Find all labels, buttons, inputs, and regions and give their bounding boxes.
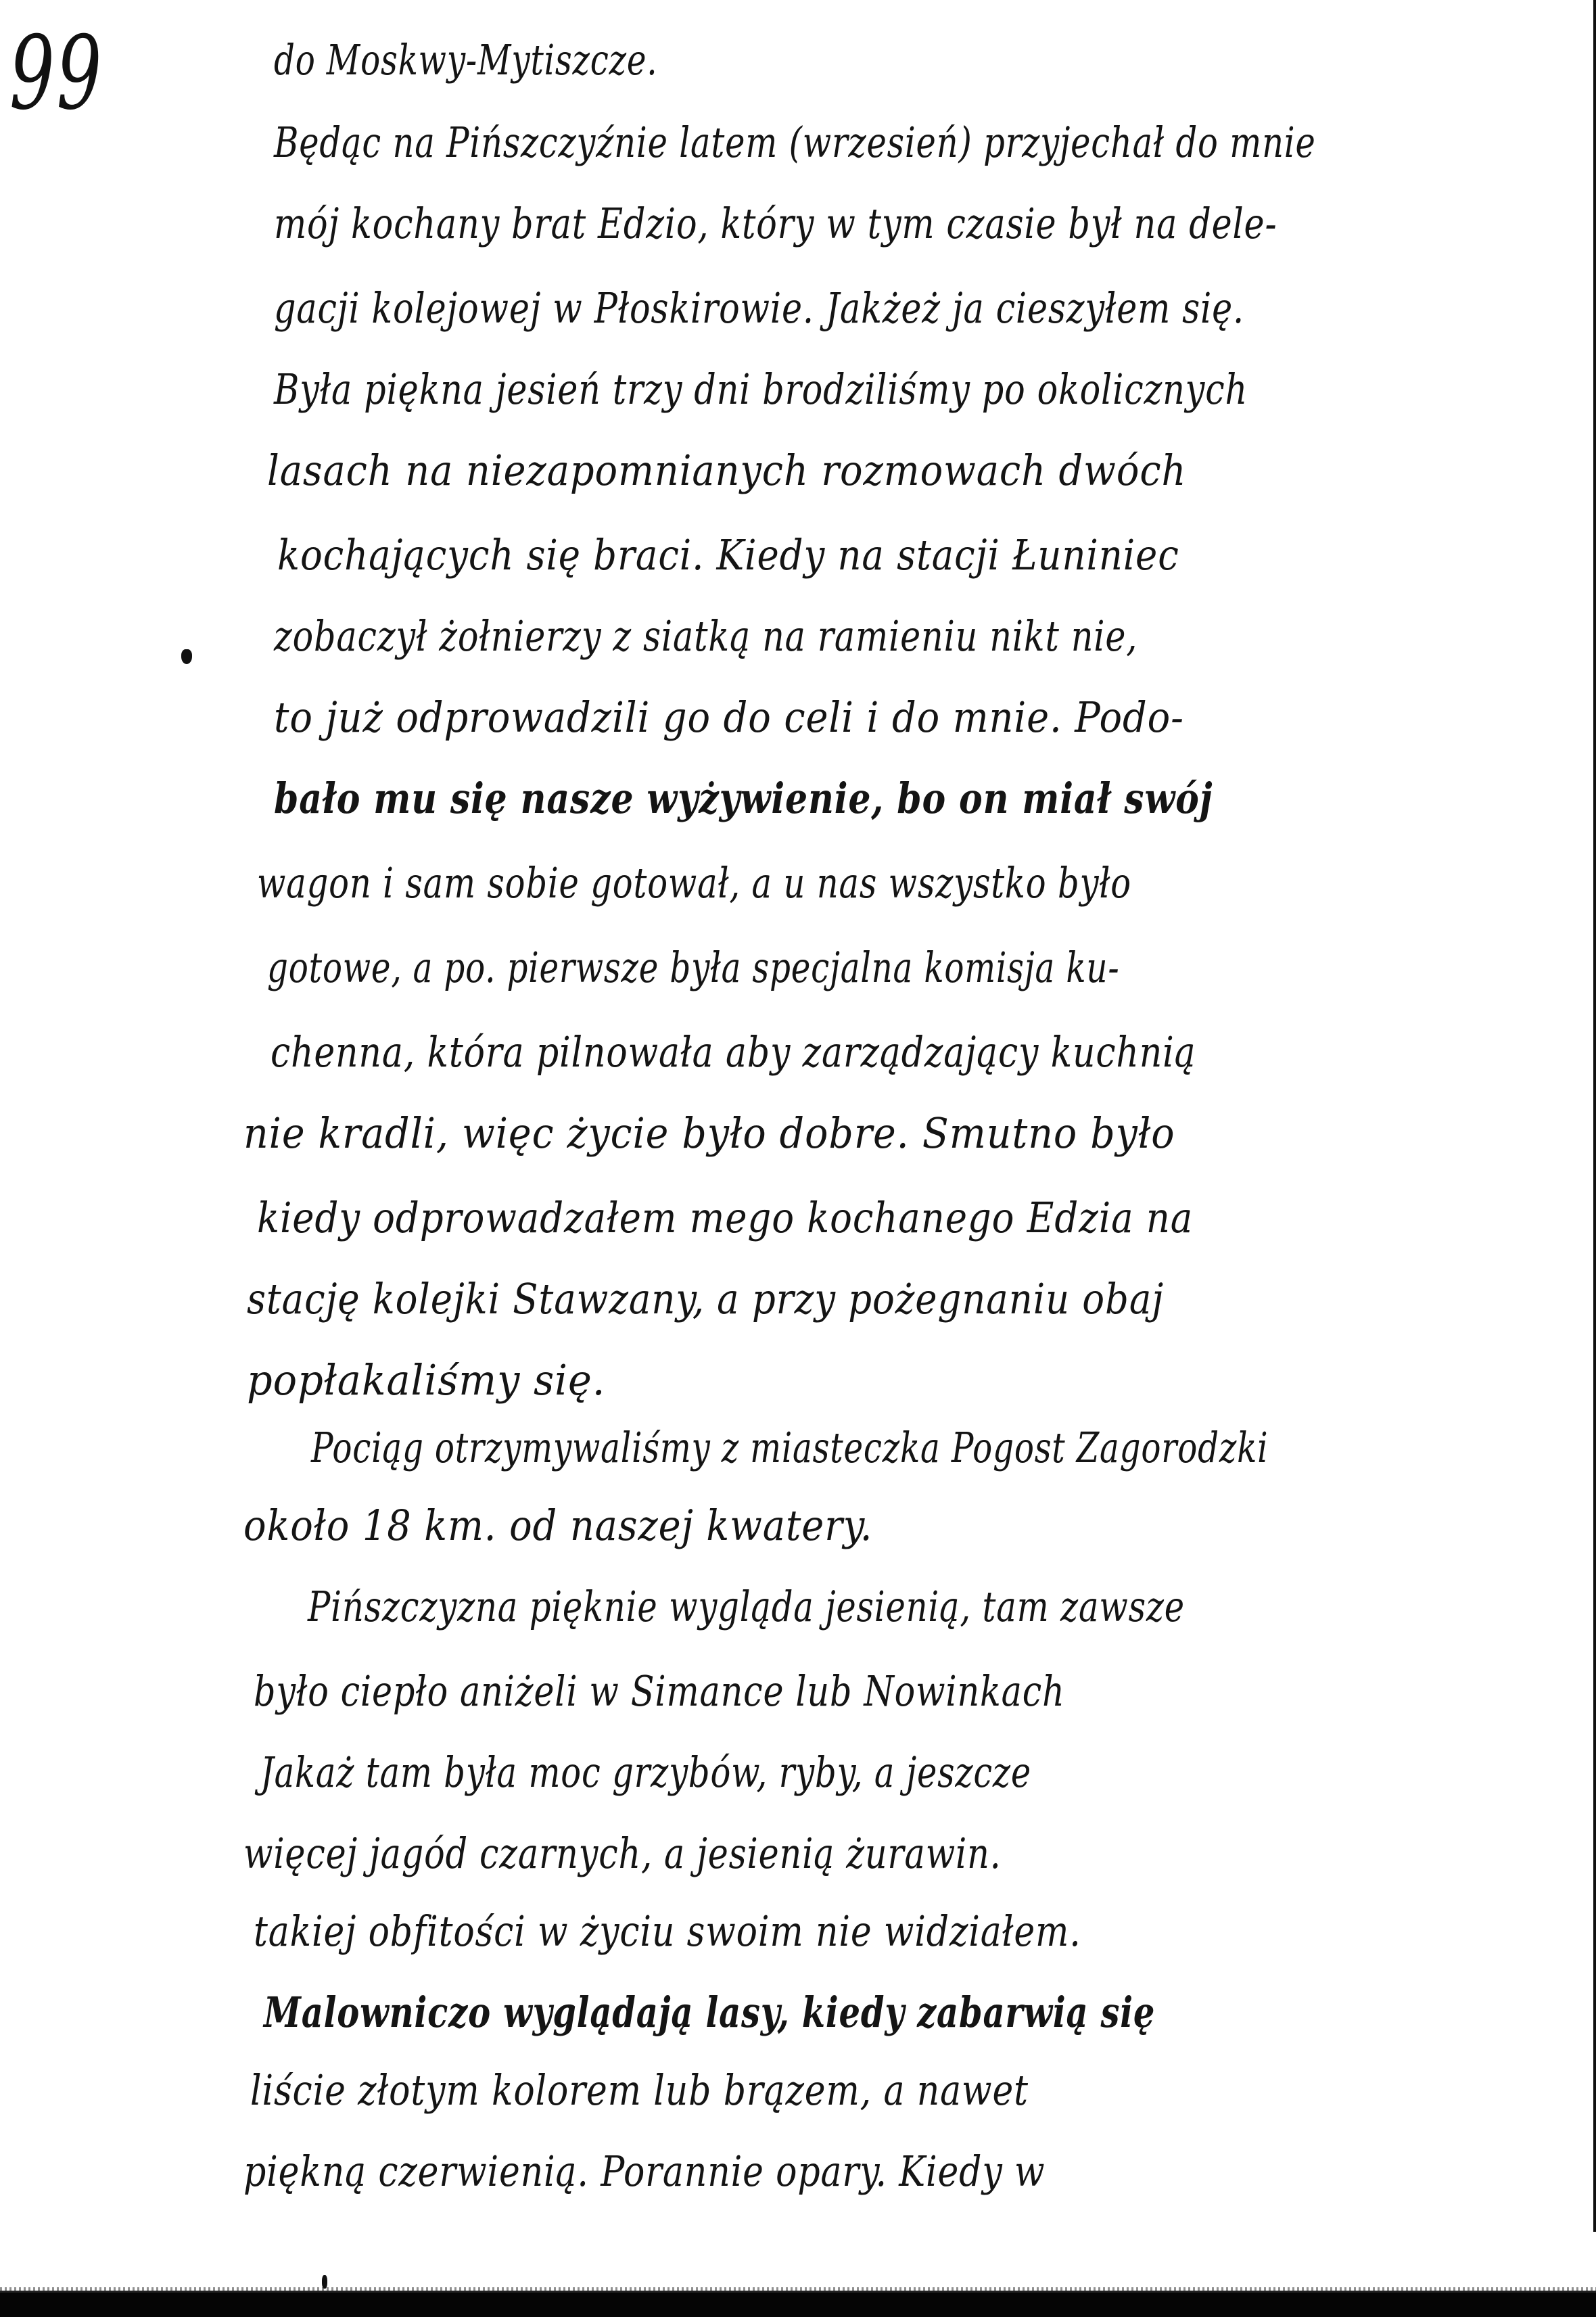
text-line: więcej jagód czarnych, a jesienią żurawi… (243, 1833, 1002, 1875)
text-line: to już odprowadzili go do celi i do mnie… (274, 697, 1184, 739)
text-line: około 18 km. od naszej kwatery. (243, 1505, 872, 1547)
text-line: wagon i sam sobie gotował, a u nas wszys… (257, 862, 1131, 904)
page-right-edge-shadow (1593, 0, 1596, 2232)
text-line: kochających się braci. Kiedy na stacji Ł… (277, 534, 1179, 576)
text-line: mój kochany brat Edzio, który w tym czas… (274, 203, 1277, 245)
text-line: popłakaliśmy się. (247, 1359, 605, 1401)
text-line: nie kradli, więc życie było dobre. Smutn… (243, 1113, 1175, 1154)
text-line: było ciepło aniżeli w Simance lub Nowink… (254, 1670, 1065, 1712)
text-line: bało mu się nasze wyżywienie, bo on miał… (274, 778, 1213, 820)
page-bottom-edge-shadow (0, 2291, 1596, 2317)
text-line: Była piękna jesień trzy dni brodziliśmy … (274, 369, 1248, 411)
text-line: Będąc na Pińszczyźnie latem (wrzesień) p… (274, 122, 1316, 164)
text-line: lasach na niezapomnianych rozmowach dwóc… (267, 450, 1186, 492)
text-line: Pińszczyzna pięknie wygląda jesienią, ta… (308, 1586, 1185, 1628)
text-line: Malowniczo wyglądają lasy, kiedy zabarwi… (264, 1992, 1155, 2034)
text-line: liście złotym kolorem lub brązem, a nawe… (250, 2069, 1029, 2111)
manuscript-page: 99 do Moskwy-Mytiszcze. Będąc na Pińszcz… (0, 0, 1596, 2317)
text-line: do Moskwy-Mytiszcze. (274, 39, 657, 81)
text-line: stację kolejki Stawzany, a przy pożegnan… (247, 1278, 1164, 1320)
text-line: Pociąg otrzymywaliśmy z miasteczka Pogos… (311, 1427, 1268, 1469)
text-line: gacji kolejowej w Płoskirowie. Jakżeż ja… (274, 287, 1244, 329)
text-line: kiedy odprowadzałem mego kochanego Edzia… (257, 1197, 1193, 1239)
text-line: piękną czerwienią. Porannie opary. Kiedy… (243, 2151, 1045, 2193)
text-line: Jakaż tam była moc grzybów, ryby, a jesz… (260, 1752, 1031, 1794)
handwritten-text: do Moskwy-Mytiszcze. Będąc na Pińszczyźn… (0, 0, 1596, 2317)
text-line: chenna, która pilnowała aby zarządzający… (271, 1031, 1196, 1073)
text-line: gotowe, a po. pierwsze była specjalna ko… (267, 947, 1119, 989)
text-line: zobaczył żołnierzy z siatką na ramieniu … (274, 615, 1137, 657)
text-line: takiej obfitości w życiu swoim nie widzi… (254, 1911, 1081, 1952)
